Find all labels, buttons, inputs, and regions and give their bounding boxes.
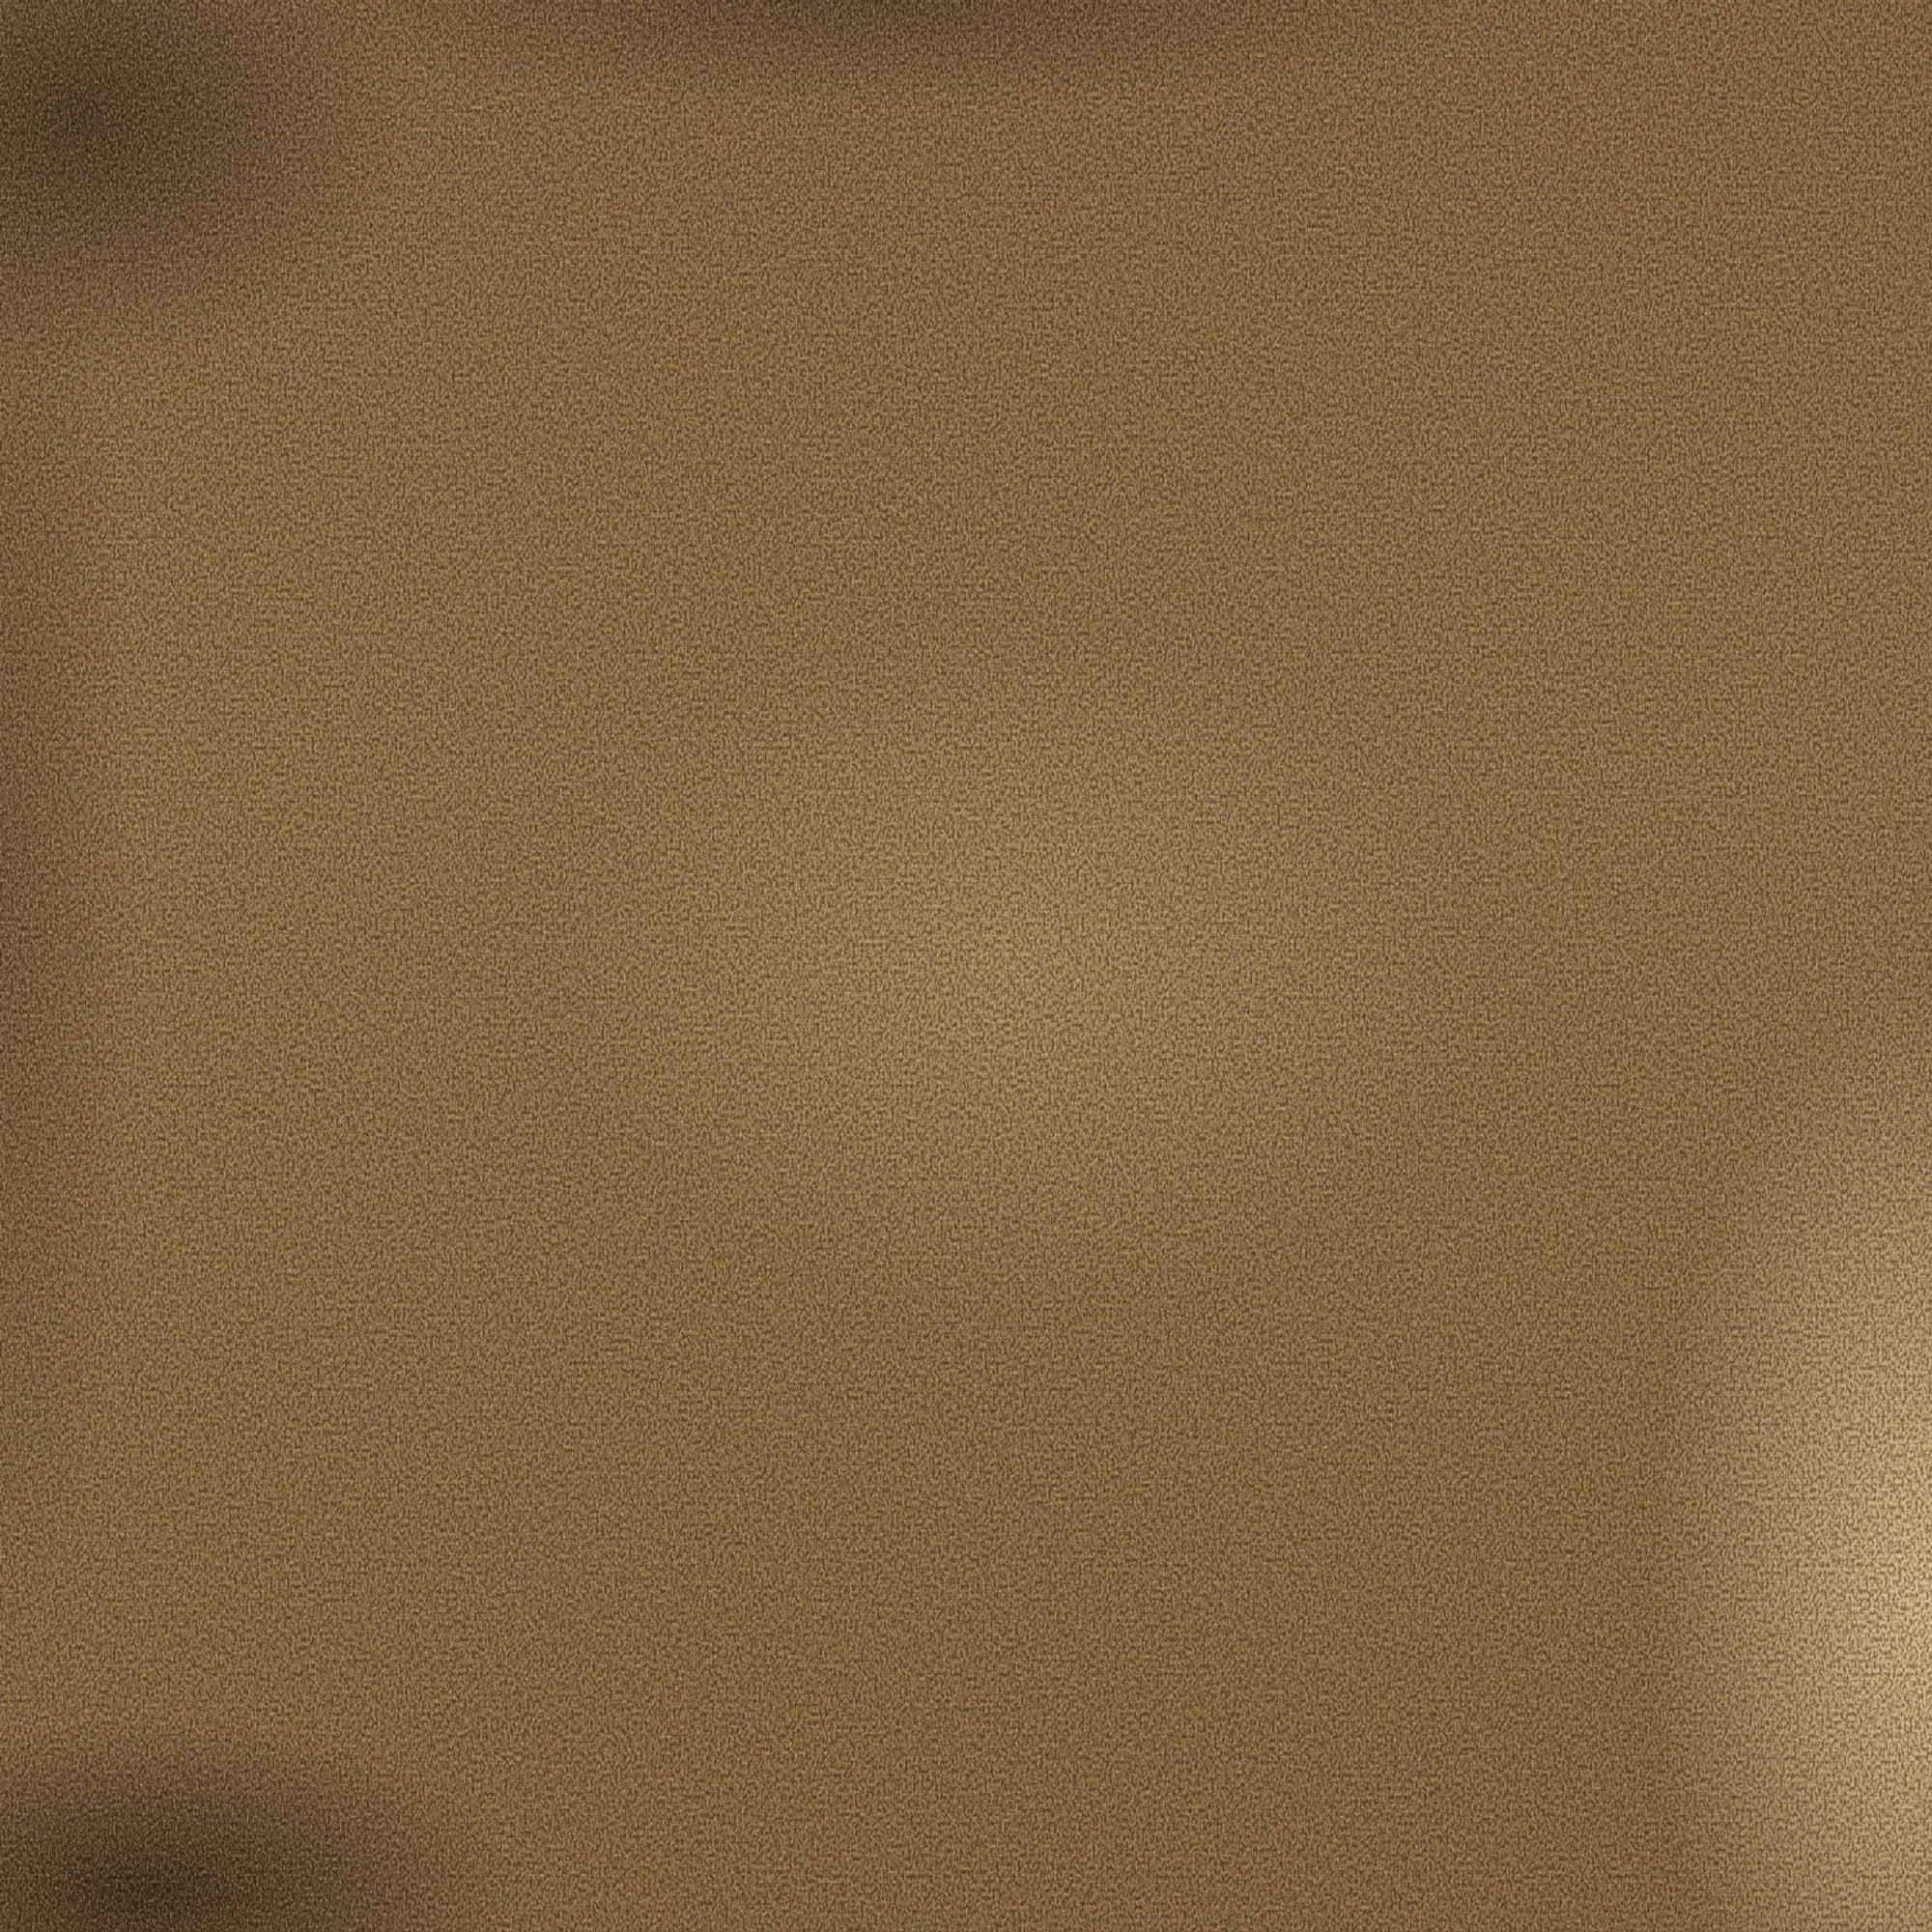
texture-brush-streaks bbox=[0, 0, 1932, 1932]
bronze-texture-background bbox=[0, 0, 1932, 1932]
